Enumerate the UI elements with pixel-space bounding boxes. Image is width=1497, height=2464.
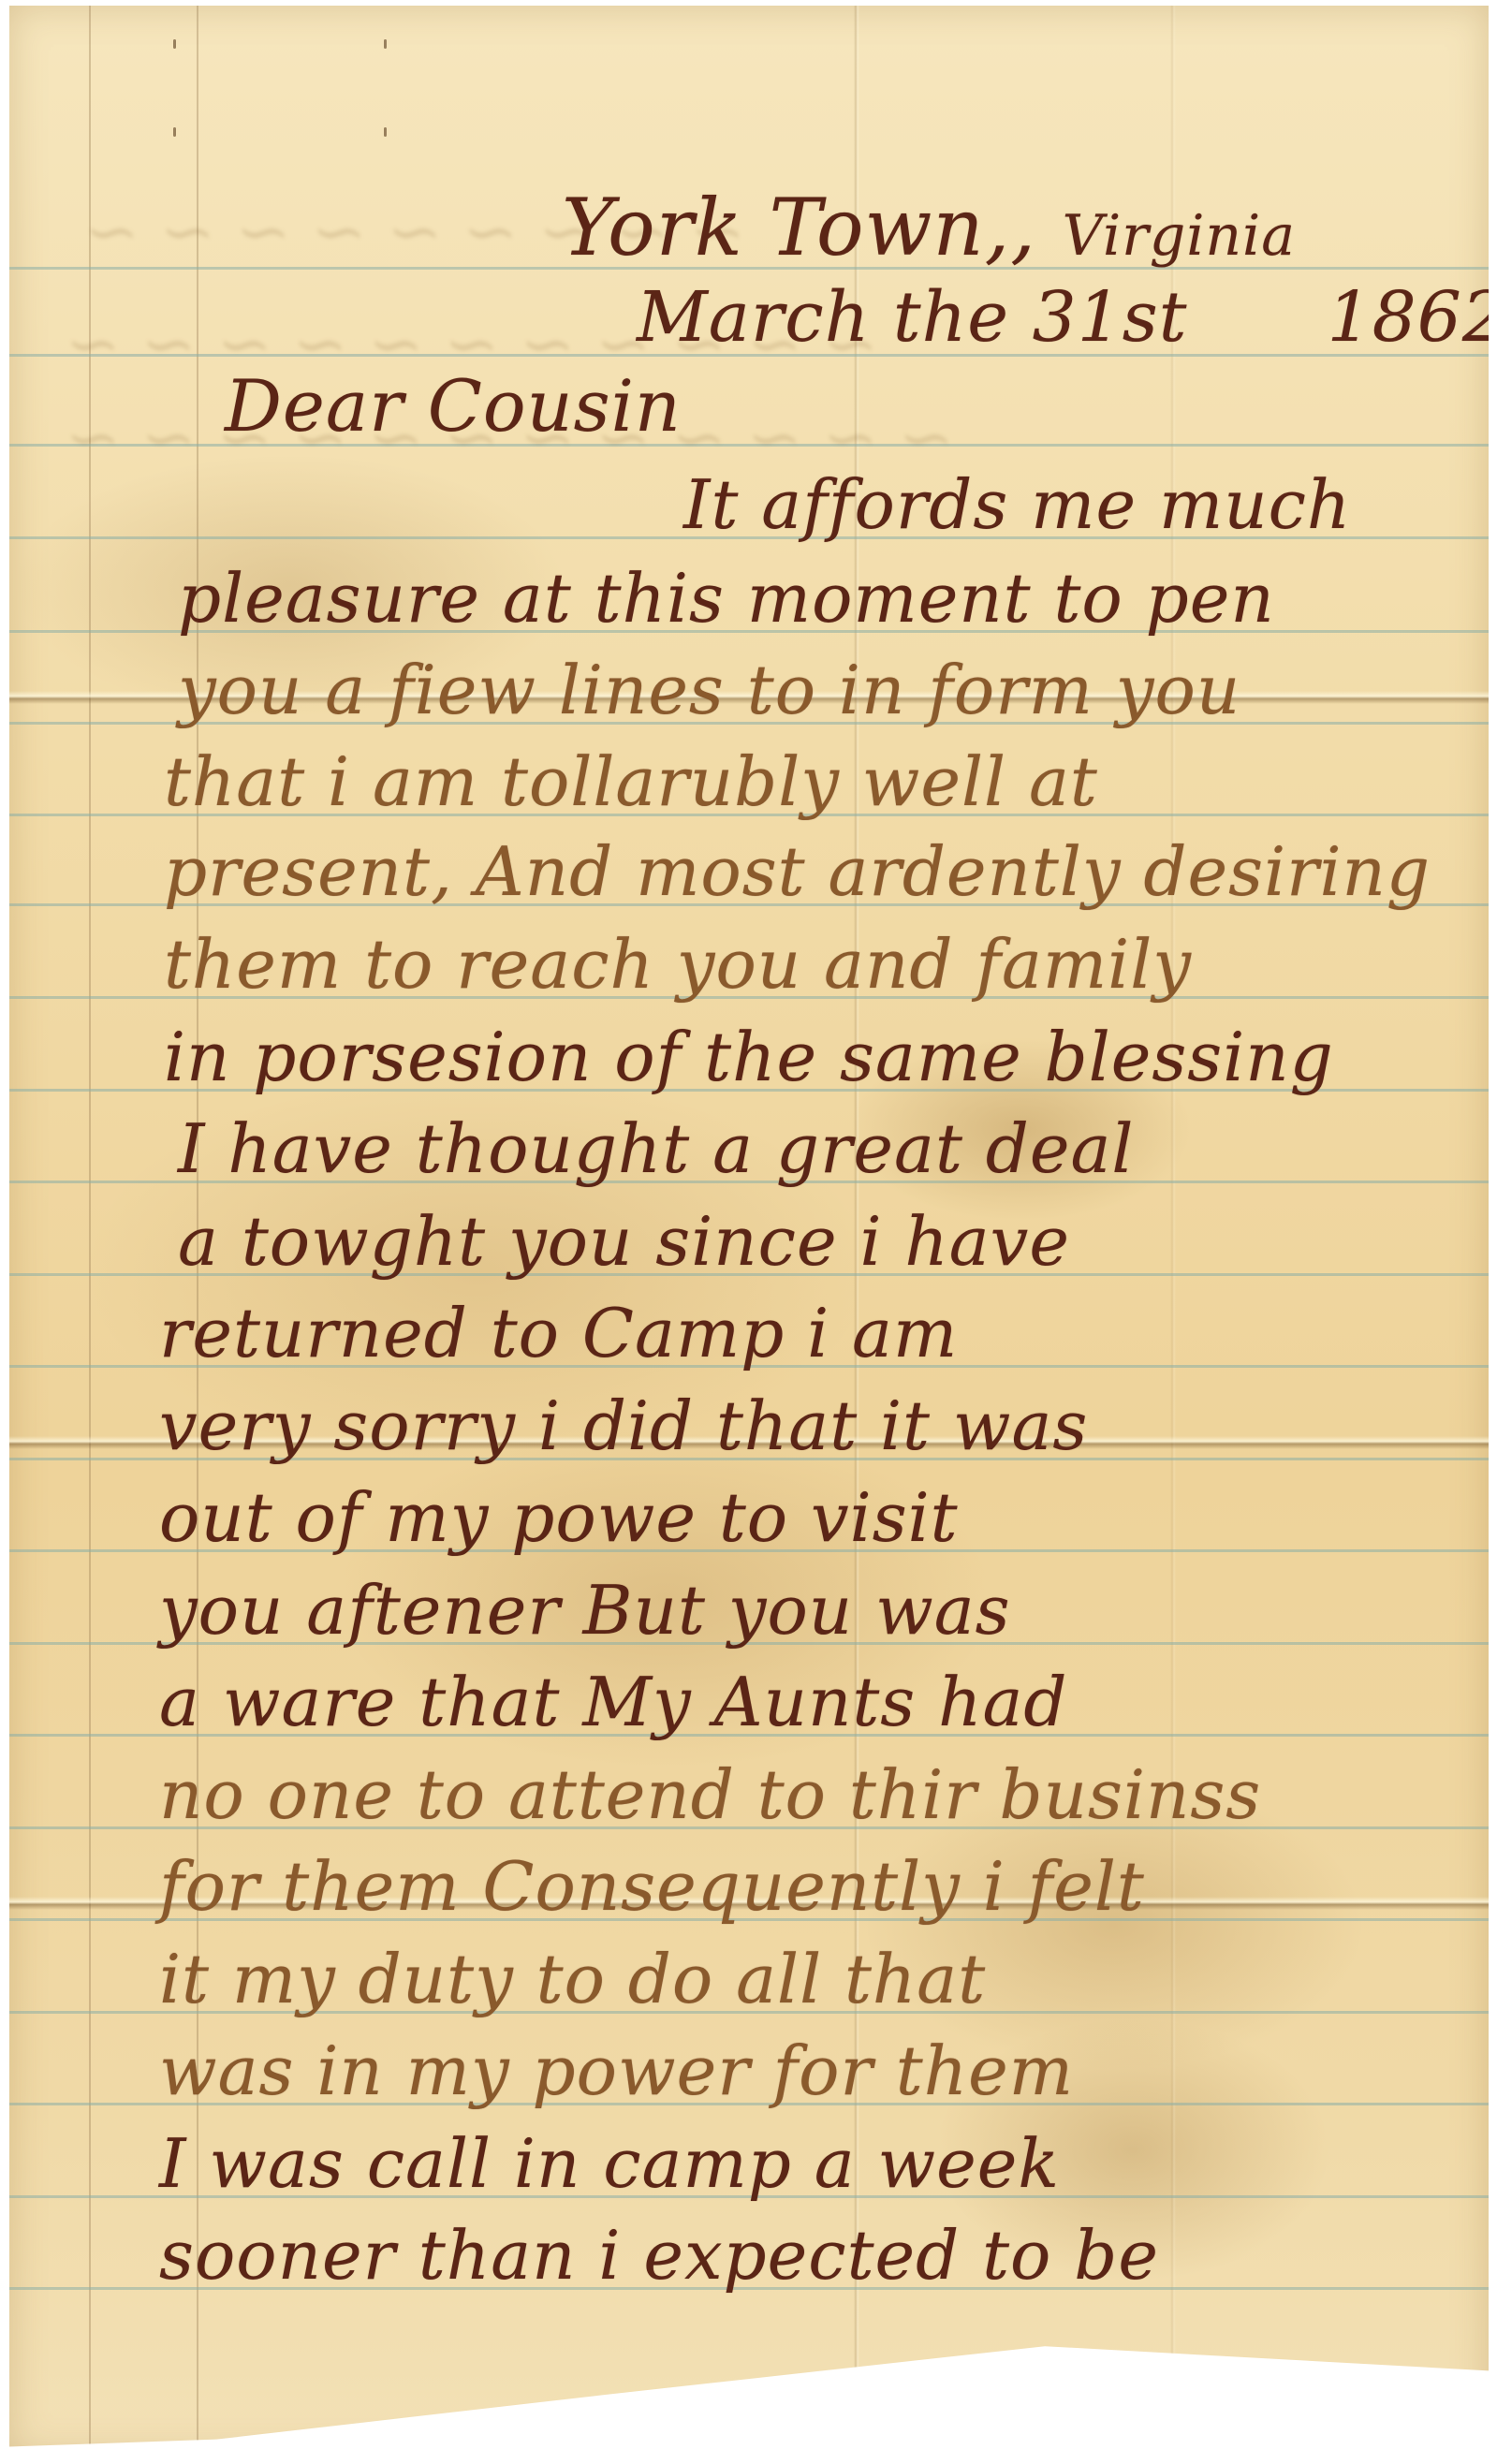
pinhole [173,127,176,137]
date-year: 1862 [1328,277,1497,358]
vertical-fold-right [1170,6,1176,2457]
body-line: it my duty to do all that [159,1945,986,2013]
body-line: sooner than i expected to be [159,2222,1159,2289]
state-name: Virginia [1063,203,1296,269]
body-line: a towght you since i have [178,1208,1070,1275]
pinhole [384,127,387,137]
letter-page: ~ ~ ~ ~ ~ ~ ~ ~ ~ ~ ~ ~ ~ ~ ~ ~ ~ ~ ~ ~ … [9,6,1489,2457]
heading-place: York Town,, Virginia [562,188,1296,267]
body-line: It affords me much [683,471,1351,538]
body-line: pleasure at this moment to pen [178,565,1275,632]
body-line: you a fiew lines to in form you [178,656,1240,724]
body-line: no one to attend to thir businss [159,1761,1261,1828]
body-line: in porsesion of the same blessing [164,1023,1334,1091]
body-line: returned to Camp i am [159,1299,958,1367]
pinhole [384,39,387,49]
pinhole [173,39,176,49]
body-line: I have thought a great deal [178,1115,1134,1182]
body-line: was in my power for them [159,2037,1074,2105]
body-line: that i am tollarubly well at [164,748,1098,815]
body-line: very sorry i did that it was [159,1392,1088,1459]
place-name: York Town [562,182,985,273]
date-month: March [637,277,870,358]
body-line: I was call in camp a week [159,2130,1060,2197]
body-line: a ware that My Aunts had [159,1668,1068,1736]
date-the: the [893,277,1009,358]
heading-date: March the 31st 1862 [637,283,1497,352]
body-line: them to reach you and family [164,931,1192,998]
heading-separator: ,, [985,182,1063,273]
body-line: for them Consequently i felt [159,1853,1145,1920]
body-line: you aftener But you was [159,1577,1011,1644]
date-day: 31st [1033,277,1188,358]
body-line: present, And most ardently desiring [164,838,1431,905]
body-line: out of my powe to visit [159,1484,959,1551]
salutation: Dear Cousin [225,371,682,442]
